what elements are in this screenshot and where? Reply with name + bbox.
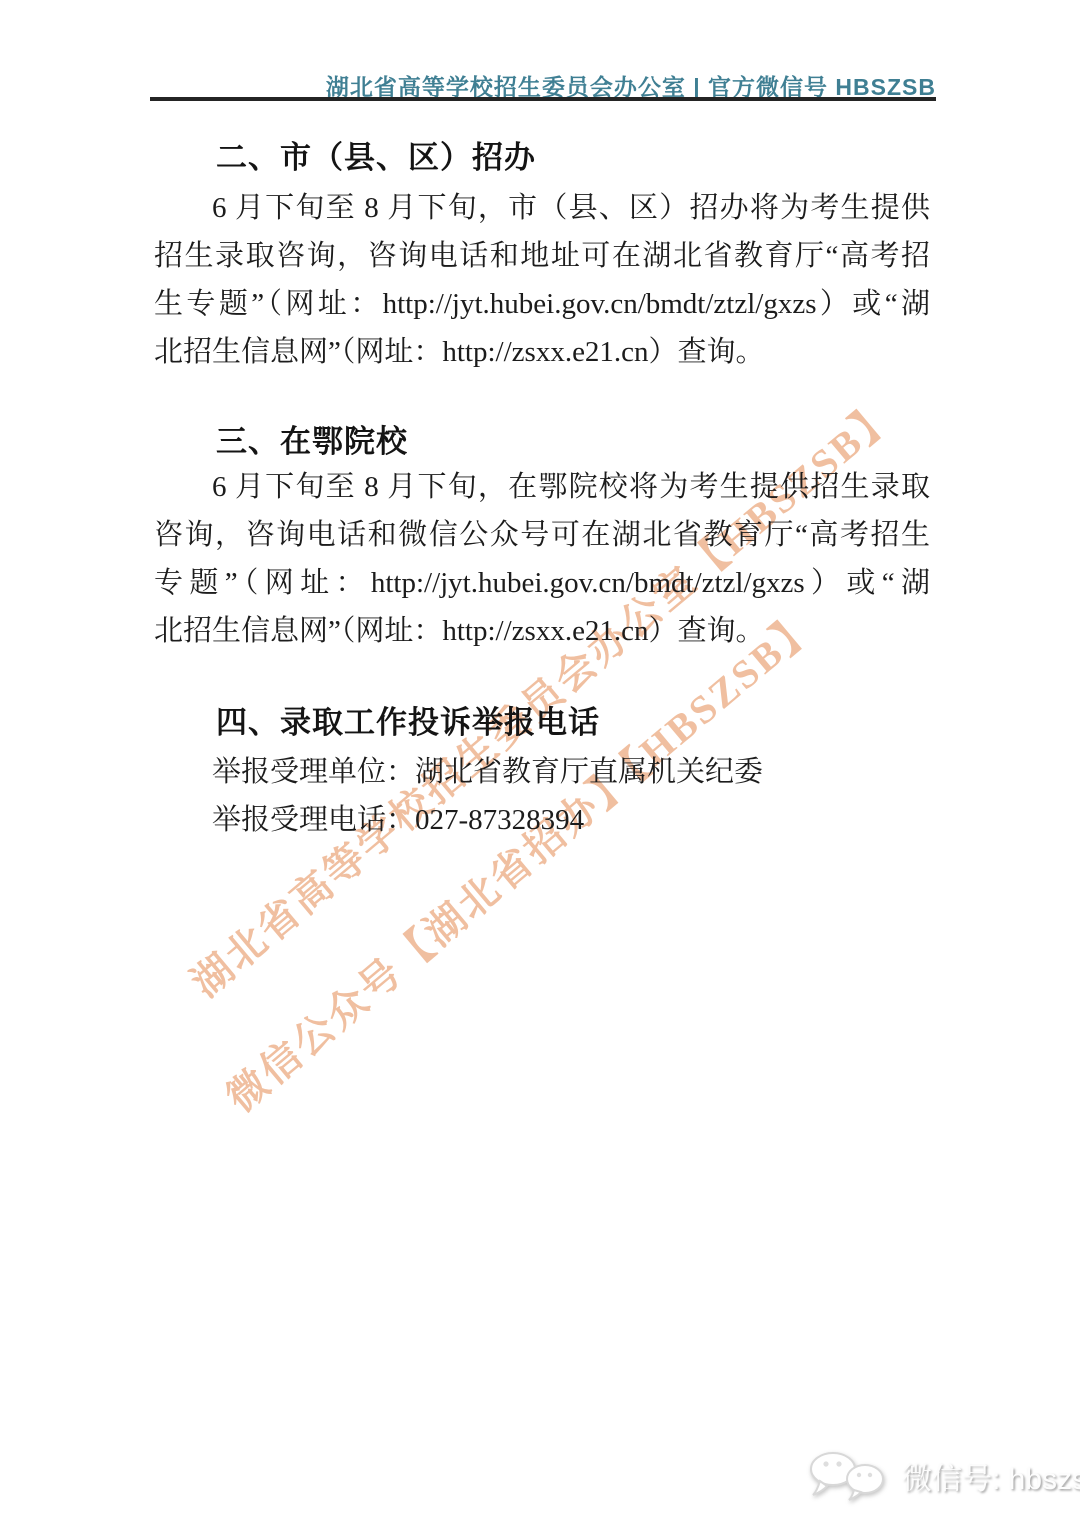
body-line: 咨询，咨询电话和微信公众号可在湖北省教育厅“高考招生: [154, 511, 930, 559]
body-line: 北招生信息网”（网址：http://zsxx.e21.cn）查询。: [154, 328, 930, 376]
wechat-icon: [806, 1450, 892, 1502]
wechat-id-label: 微信号: hbszsb: [902, 1454, 1080, 1498]
section-heading-3: 三、在鄂院校: [154, 418, 992, 466]
report-phone-line: 举报受理电话：027-87328394: [154, 796, 930, 844]
document-page: 湖北省高等学校招生委员会办公室 | 官方微信号 HBSZSB 湖北省高等学校招生…: [0, 0, 1080, 1527]
section-4-paragraph: 举报受理单位：湖北省教育厅直属机关纪委 举报受理电话：027-87328394: [154, 748, 930, 844]
section-heading-4: 四、录取工作投诉举报电话: [154, 699, 992, 747]
section-heading-2: 二、市（县、区）招办: [154, 134, 992, 182]
section-3-paragraph: 6 月下旬至 8 月下旬，在鄂院校将为考生提供招生录取 咨询，咨询电话和微信公众…: [154, 463, 930, 655]
body-line: 招生录取咨询，咨询电话和地址可在湖北省教育厅“高考招: [154, 232, 930, 280]
body-line: 北招生信息网”（网址：http://zsxx.e21.cn）查询。: [154, 607, 930, 655]
footer-wechat: 微信号: hbszsb: [806, 1450, 1080, 1502]
section-2-paragraph: 6 月下旬至 8 月下旬，市（县、区）招办将为考生提供 招生录取咨询，咨询电话和…: [154, 184, 930, 376]
body-line: 6 月下旬至 8 月下旬，在鄂院校将为考生提供招生录取: [154, 463, 930, 511]
body-line: 生专题”（网址：http://jyt.hubei.gov.cn/bmdt/ztz…: [154, 280, 930, 328]
header-rule: [150, 97, 936, 101]
body-line: 6 月下旬至 8 月下旬，市（县、区）招办将为考生提供: [154, 184, 930, 232]
report-unit-line: 举报受理单位：湖北省教育厅直属机关纪委: [154, 748, 930, 796]
body-line: 专题”（网址：http://jyt.hubei.gov.cn/bmdt/ztzl…: [154, 559, 930, 607]
watermark-line-2: 微信公众号【湖北省招办】【HBSZSB】: [220, 603, 825, 1119]
